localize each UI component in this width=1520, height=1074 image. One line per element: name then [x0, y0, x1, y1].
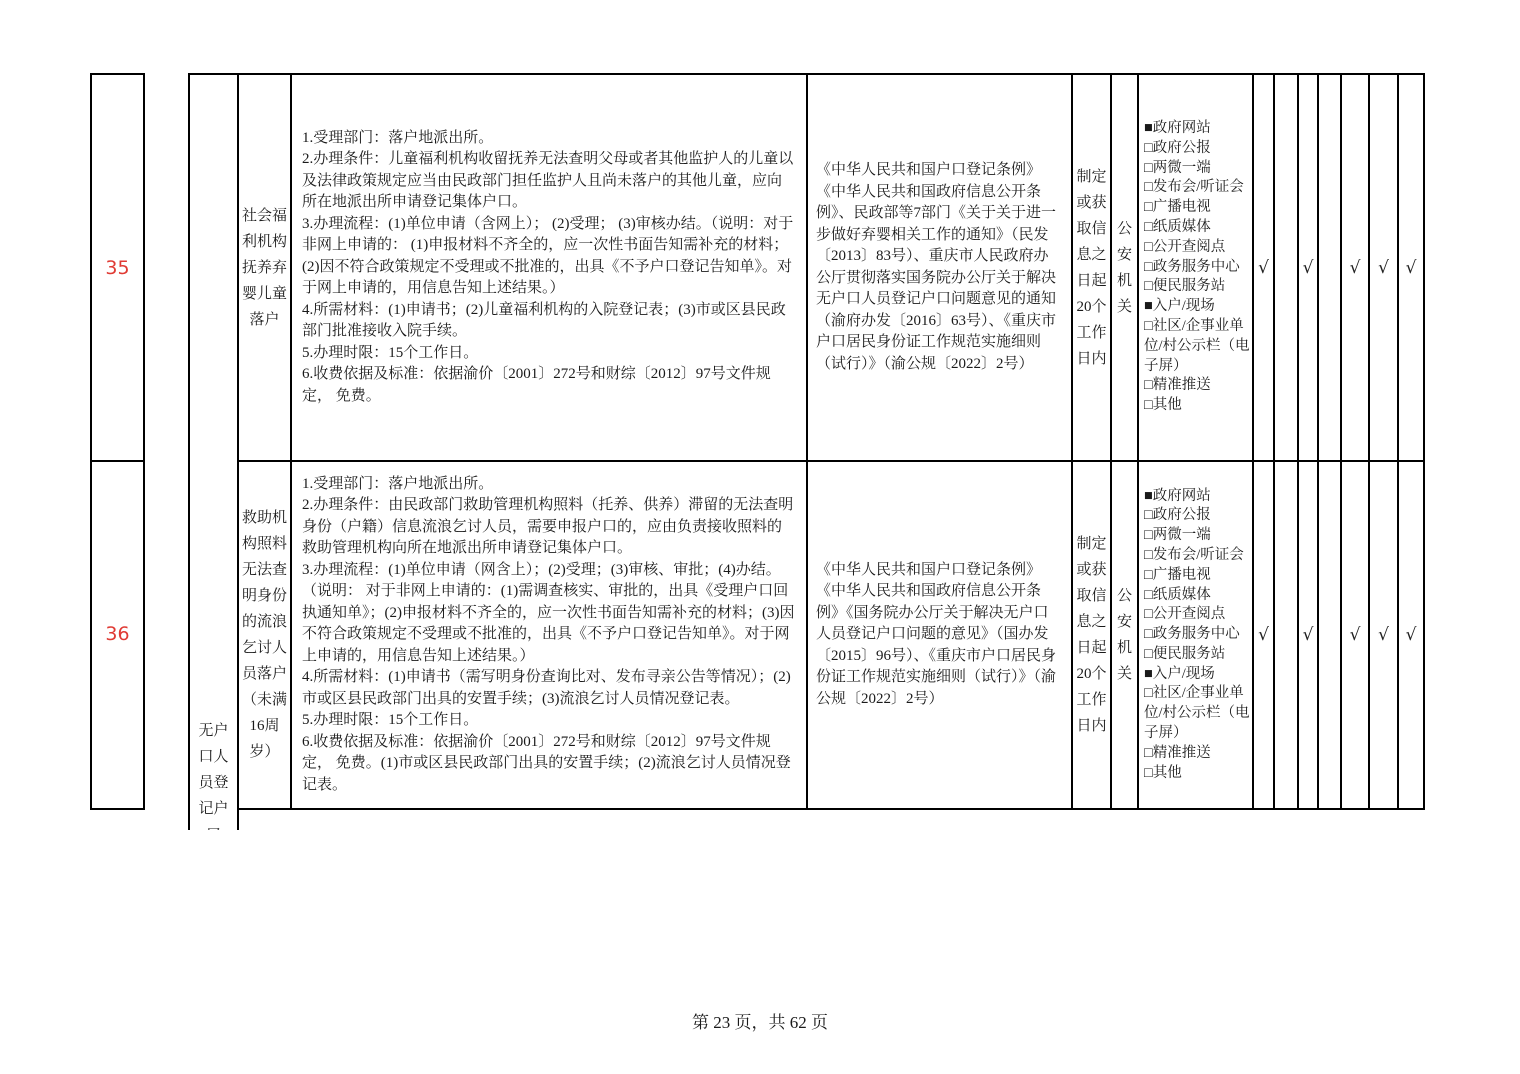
channel-option: □纸质媒体: [1144, 586, 1250, 606]
timeline-36: 制定 或获 取信 息之 日起 20个 工作 日内: [1073, 531, 1110, 739]
guide-paragraph: 2.办理条件：儿童福利机构收留抚养无法查明父母或者其他监护人的儿童以及法律政策规…: [302, 149, 796, 214]
guide-paragraph: 3.办理流程：(1)单位申请（网含上）；(2)受理；(3)审核、审批；(4)办结…: [302, 560, 796, 668]
channel-option: □两微一端: [1144, 159, 1250, 179]
legal-basis-36: 《中华人民共和国户口登记条例》《中华人民共和国政府信息公开条例》《国务院办公厅关…: [816, 560, 1063, 711]
guide-paragraph: 1.受理部门：落户地派出所。: [302, 474, 796, 496]
channel-option: □发布会/听证会: [1144, 546, 1250, 566]
publicity-channels-35: ■政府网站□政府公报□两微一端□发布会/听证会□广播电视□纸质媒体□公开查阅点□…: [1144, 119, 1250, 416]
channel-option: □便民服务站: [1144, 277, 1250, 297]
guide-paragraph: 2.办理条件：由民政部门救助管理机构照料（托养、供养）滞留的无法查明身份（户籍）…: [302, 495, 796, 560]
channel-option: □社区/企事业单位/村公示栏（电子屏）: [1144, 317, 1250, 376]
checkmark: √: [1378, 258, 1389, 278]
mark-cell-36-1: √: [1252, 460, 1275, 810]
mark-cell-36-4: [1317, 460, 1342, 810]
channel-option: □政府公报: [1144, 139, 1250, 159]
checkmark: √: [1406, 625, 1417, 645]
row-number-36: 36: [105, 623, 129, 645]
page-footer: 第 23 页，共 62 页: [0, 1008, 1520, 1033]
publicity-channels-cell-36: ■政府网站□政府公报□两微一端□发布会/听证会□广播电视□纸质媒体□公开查阅点□…: [1137, 460, 1254, 810]
row-number-35: 35: [105, 257, 129, 279]
channel-option: □社区/企事业单位/村公示栏（电子屏）: [1144, 684, 1250, 743]
mark-cell-35-6: √: [1368, 73, 1399, 462]
channel-option: □公开查阅点: [1144, 605, 1250, 625]
channel-option: □政务服务中心: [1144, 258, 1250, 278]
channel-option: □公开查阅点: [1144, 238, 1250, 258]
legal-basis-cell-36: 《中华人民共和国户口登记条例》《中华人民共和国政府信息公开条例》《国务院办公厅关…: [806, 460, 1073, 810]
channel-option: ■政府网站: [1144, 487, 1250, 507]
legal-basis-cell-35: 《中华人民共和国户口登记条例》《中华人民共和国政府信息公开条例》、民政部等7部门…: [806, 73, 1073, 462]
timeline-35: 制定 或获 取信 息之 日起 20个 工作 日内: [1073, 164, 1110, 372]
mark-cell-35-5: √: [1340, 73, 1370, 462]
channel-option: □精准推送: [1144, 376, 1250, 396]
timeline-cell-35: 制定 或获 取信 息之 日起 20个 工作 日内: [1071, 73, 1112, 462]
agency-cell-36: 公 安 机 关: [1110, 460, 1139, 810]
mark-cell-36-6: √: [1368, 460, 1399, 810]
item-name-36: 救助机 构照料 无法查 明身份 的流浪 乞讨人 员落户 （未满 16周 岁）: [239, 505, 290, 765]
guide-paragraph: 6.收费依据及标准：依据渝价〔2001〕272号和财综〔2012〕97号文件规定…: [302, 732, 796, 797]
channel-option: □其他: [1144, 764, 1250, 784]
guide-paragraph: 4.所需材料：(1)申请书（需写明身份查询比对、发布寻亲公告等情况）；(2)市或…: [302, 667, 796, 710]
checkmark: √: [1350, 258, 1361, 278]
guide-paragraph: 5.办理时限：15个工作日。: [302, 710, 796, 732]
timeline-cell-36: 制定 或获 取信 息之 日起 20个 工作 日内: [1071, 460, 1112, 810]
channel-option: □精准推送: [1144, 744, 1250, 764]
row-number-cell-35: 35: [90, 73, 145, 462]
checkmark: √: [1350, 625, 1361, 645]
agency-35: 公 安 机 关: [1112, 216, 1137, 320]
checkmark: √: [1258, 258, 1269, 278]
guide-paragraph: 6.收费依据及标准：依据渝价〔2001〕272号和财综〔2012〕97号文件规定…: [302, 364, 796, 407]
mark-cell-35-7: √: [1397, 73, 1425, 462]
service-guide-cell-35: 1.受理部门：落户地派出所。2.办理条件：儿童福利机构收留抚养无法查明父母或者其…: [290, 73, 808, 462]
service-guide-35: 1.受理部门：落户地派出所。2.办理条件：儿童福利机构收留抚养无法查明父母或者其…: [302, 128, 796, 408]
publicity-channels-cell-35: ■政府网站□政府公报□两微一端□发布会/听证会□广播电视□纸质媒体□公开查阅点□…: [1137, 73, 1254, 462]
publicity-channels-36: ■政府网站□政府公报□两微一端□发布会/听证会□广播电视□纸质媒体□公开查阅点□…: [1144, 487, 1250, 784]
channel-option: □政府公报: [1144, 506, 1250, 526]
checkmark: √: [1378, 625, 1389, 645]
item-name-cell-35: 社会福 利机构 抚养弃 婴儿童 落户: [237, 73, 292, 462]
legal-basis-35: 《中华人民共和国户口登记条例》《中华人民共和国政府信息公开条例》、民政部等7部门…: [816, 160, 1063, 375]
channel-option: □两微一端: [1144, 526, 1250, 546]
checkmark: √: [1258, 625, 1269, 645]
group-category-cell: 无户 口人 员登 记户 口: [188, 73, 239, 830]
guide-paragraph: 3.办理流程：(1)单位申请（含网上）； (2)受理； (3)审核办结。（说明：…: [302, 214, 796, 300]
item-name-cell-36: 救助机 构照料 无法查 明身份 的流浪 乞讨人 员落户 （未满 16周 岁）: [237, 460, 292, 810]
checkmark: √: [1406, 258, 1417, 278]
mark-cell-35-2: [1273, 73, 1299, 462]
group-category-label: 无户 口人 员登 记户 口: [190, 718, 237, 830]
item-name-35: 社会福 利机构 抚养弃 婴儿童 落户: [239, 203, 290, 333]
guide-paragraph: 5.办理时限：15个工作日。: [302, 343, 796, 365]
agency-cell-35: 公 安 机 关: [1110, 73, 1139, 462]
channel-option: □发布会/听证会: [1144, 178, 1250, 198]
channel-option: □其他: [1144, 396, 1250, 416]
checkmark: √: [1303, 625, 1314, 645]
channel-option: ■入户/现场: [1144, 665, 1250, 685]
mark-cell-35-1: √: [1252, 73, 1275, 462]
service-guide-36: 1.受理部门：落户地派出所。2.办理条件：由民政部门救助管理机构照料（托养、供养…: [302, 474, 796, 797]
service-guide-cell-36: 1.受理部门：落户地派出所。2.办理条件：由民政部门救助管理机构照料（托养、供养…: [290, 460, 808, 810]
mark-cell-36-3: √: [1297, 460, 1319, 810]
checkmark: √: [1303, 258, 1314, 278]
channel-option: ■入户/现场: [1144, 297, 1250, 317]
mark-cell-35-3: √: [1297, 73, 1319, 462]
mark-cell-36-5: √: [1340, 460, 1370, 810]
mark-cell-35-4: [1317, 73, 1342, 462]
mark-cell-36-2: [1273, 460, 1299, 810]
channel-option: □广播电视: [1144, 566, 1250, 586]
guide-paragraph: 4.所需材料：(1)申请书；(2)儿童福利机构的入院登记表；(3)市或区县民政部…: [302, 300, 796, 343]
channel-option: □纸质媒体: [1144, 218, 1250, 238]
channel-option: □便民服务站: [1144, 645, 1250, 665]
channel-option: ■政府网站: [1144, 119, 1250, 139]
channel-option: □广播电视: [1144, 198, 1250, 218]
channel-option: □政务服务中心: [1144, 625, 1250, 645]
guide-paragraph: 1.受理部门：落户地派出所。: [302, 128, 796, 150]
agency-36: 公 安 机 关: [1112, 583, 1137, 687]
row-number-cell-36: 36: [90, 460, 145, 810]
document-page: 35 36 无户 口人 员登 记户 口 社会福 利机构 抚养弃 婴儿童 落户 1…: [0, 0, 1520, 1074]
mark-cell-36-7: √: [1397, 460, 1425, 810]
